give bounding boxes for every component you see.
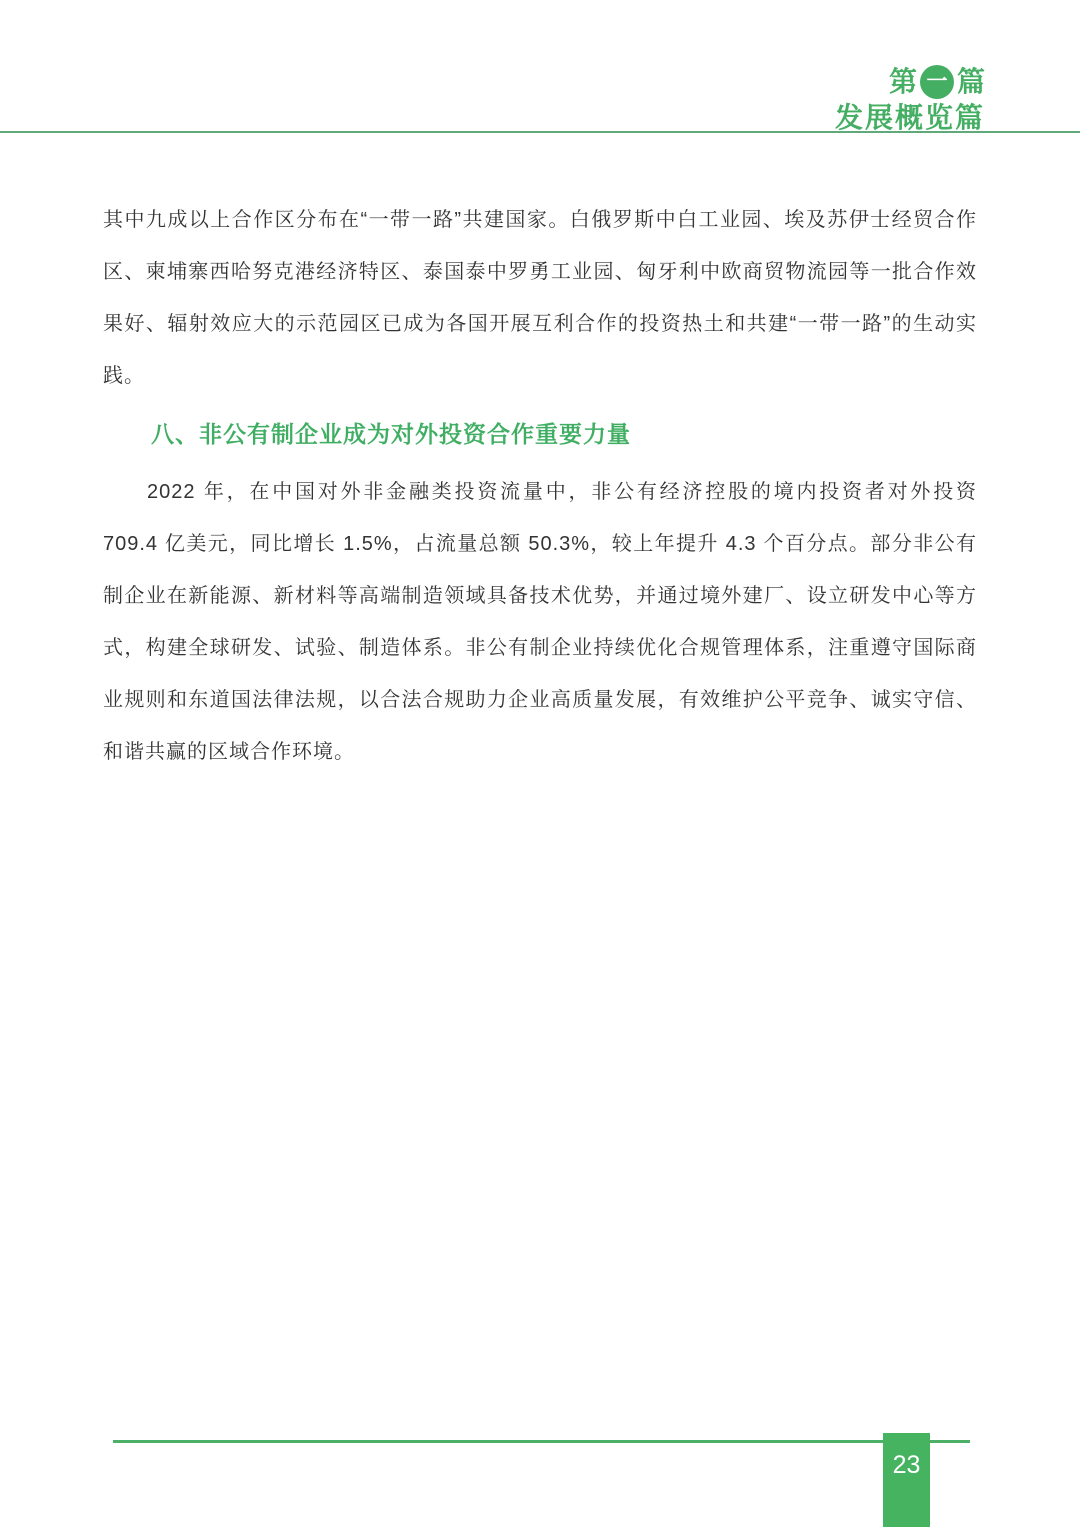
page-number: 23 (893, 1451, 921, 1479)
part-suffix: 篇 (957, 64, 985, 100)
page-number-badge: 23 (883, 1433, 930, 1527)
section-title: 发展概览篇 (835, 101, 985, 135)
document-page: 第 一 篇 发展概览篇 其中九成以上合作区分布在“一带一路”共建国家。白俄罗斯中… (0, 0, 1080, 1527)
part-number: 一 (926, 64, 947, 100)
paragraph-continued: 其中九成以上合作区分布在“一带一路”共建国家。白俄罗斯中白工业园、埃及苏伊士经贸… (103, 194, 977, 402)
header-divider (0, 131, 1080, 133)
part-number-badge: 一 (920, 65, 954, 99)
main-content: 其中九成以上合作区分布在“一带一路”共建国家。白俄罗斯中白工业园、埃及苏伊士经贸… (103, 194, 977, 778)
page-header: 第 一 篇 发展概览篇 (835, 64, 985, 135)
footer-divider (113, 1440, 970, 1443)
part-prefix: 第 (889, 64, 917, 100)
section-heading: 八、非公有制企业成为对外投资合作重要力量 (103, 408, 977, 460)
paragraph: 2022 年，在中国对外非金融类投资流量中，非公有经济控股的境内投资者对外投资 … (103, 466, 977, 778)
part-title: 第 一 篇 (835, 64, 985, 100)
